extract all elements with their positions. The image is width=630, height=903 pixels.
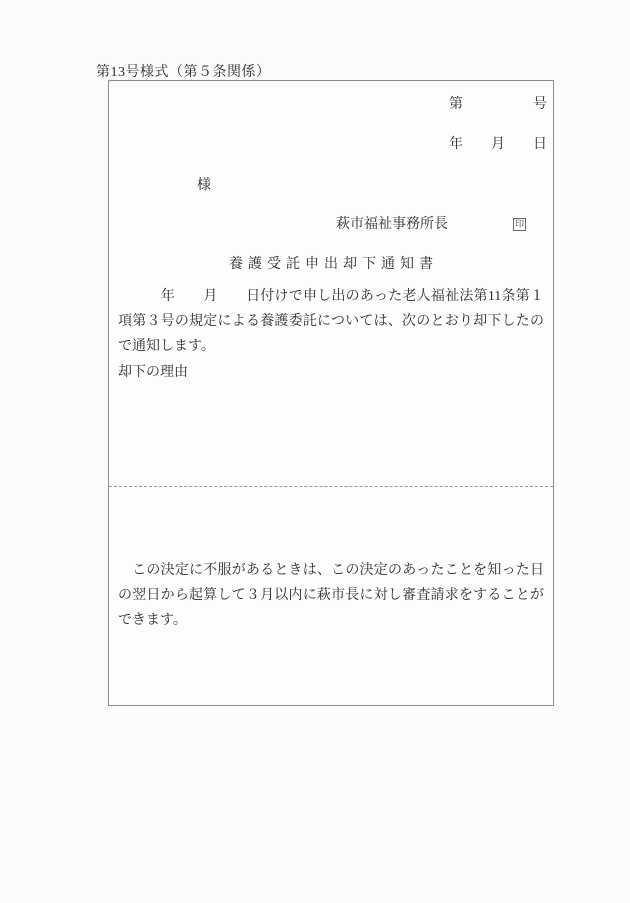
rejection-reason-label: 却下の理由 [118,364,188,382]
document-number-line: 第 号 [109,96,553,114]
issuer-title: 萩市福祉事務所長 [336,216,448,234]
cut-line-divider [109,486,553,487]
issuer-line: 萩市福祉事務所長 印 [109,216,553,288]
document-title: 養護受託申出却下通知書 [109,253,553,273]
addressee-honorific: 様 [197,177,211,195]
body-paragraph: 年 月 日付けで申し出のあった老人福祉法第11条第１項第３号の規定による養護委託… [118,284,544,359]
form-number-label: 第13号様式（第５条関係） [96,61,271,81]
appeal-notice-paragraph: この決定に不服があるときは、この決定のあったことを知った日の翌日から起算して３月… [118,558,544,633]
document-page: 第13号様式（第５条関係） 第 号 年 月 日 様 萩市福祉事務所長 印 養護受… [0,0,630,903]
document-date-line: 年 月 日 [109,136,553,154]
seal-mark: 印 [513,218,526,231]
document-border-box: 第 号 年 月 日 様 萩市福祉事務所長 印 養護受託申出却下通知書 年 月 日… [108,80,554,706]
